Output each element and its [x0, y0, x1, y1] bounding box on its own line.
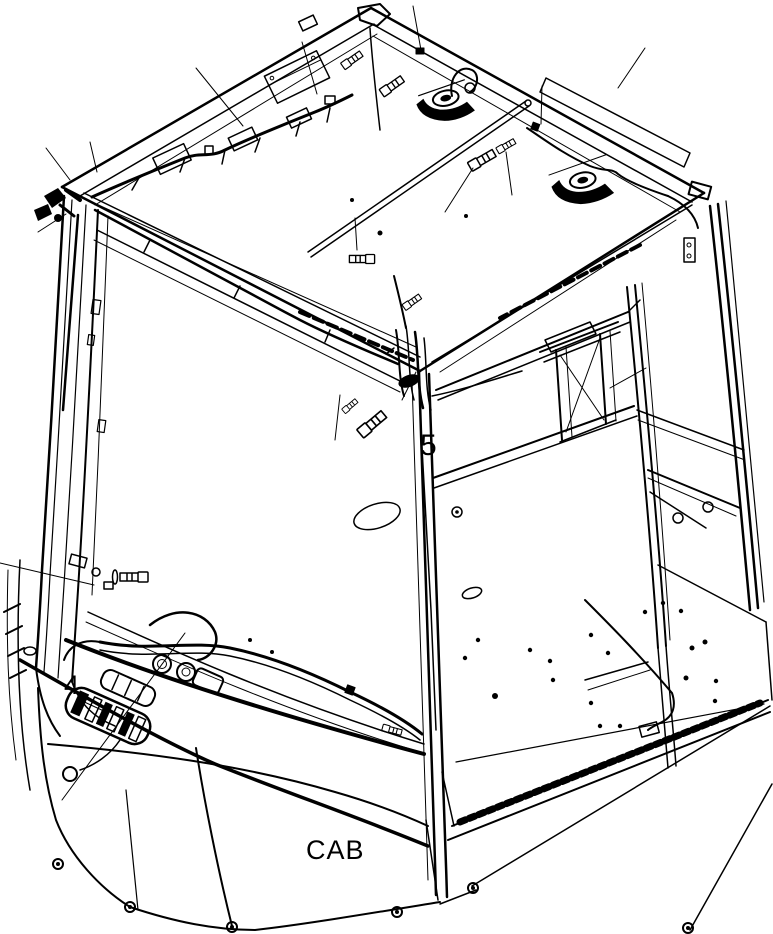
cab-line-drawing: 4 5 CAB — [0, 0, 773, 934]
bolt-icon — [341, 50, 364, 69]
speaker-left-icon — [413, 79, 475, 127]
speaker-right-icon — [547, 155, 615, 210]
harness-connector-small — [98, 667, 157, 708]
bolt-icon — [342, 398, 359, 413]
roof-junction-box — [264, 51, 329, 103]
right-rear-pillars — [585, 201, 772, 768]
mounting-feet — [53, 859, 693, 933]
bolt-icon — [467, 149, 496, 172]
labels: 4 5 CAB — [64, 429, 437, 865]
front-left-pillar — [4, 196, 115, 790]
roof-wire-rod — [308, 100, 531, 257]
rear-window-frame — [540, 322, 620, 442]
jamb-harness — [585, 600, 674, 730]
door-sill — [440, 700, 772, 930]
bolt-icon — [379, 75, 405, 97]
floor-holes — [463, 601, 718, 728]
bolt-icon — [349, 255, 374, 264]
cab-label: CAB — [306, 835, 365, 865]
center-harness — [386, 276, 522, 730]
leader-lines — [0, 6, 646, 800]
bolt-icon — [120, 572, 148, 582]
cab-assembly-diagram: 4 5 CAB — [0, 0, 773, 934]
callout-5-label: 5 — [420, 429, 437, 462]
callout-4-label: 4 — [64, 670, 79, 700]
windshield-frame — [66, 230, 424, 754]
left-corner-bracket — [34, 188, 80, 222]
bolt-icon — [357, 410, 388, 438]
roof-visor-strip — [540, 78, 690, 167]
bolt-icon — [402, 294, 422, 311]
